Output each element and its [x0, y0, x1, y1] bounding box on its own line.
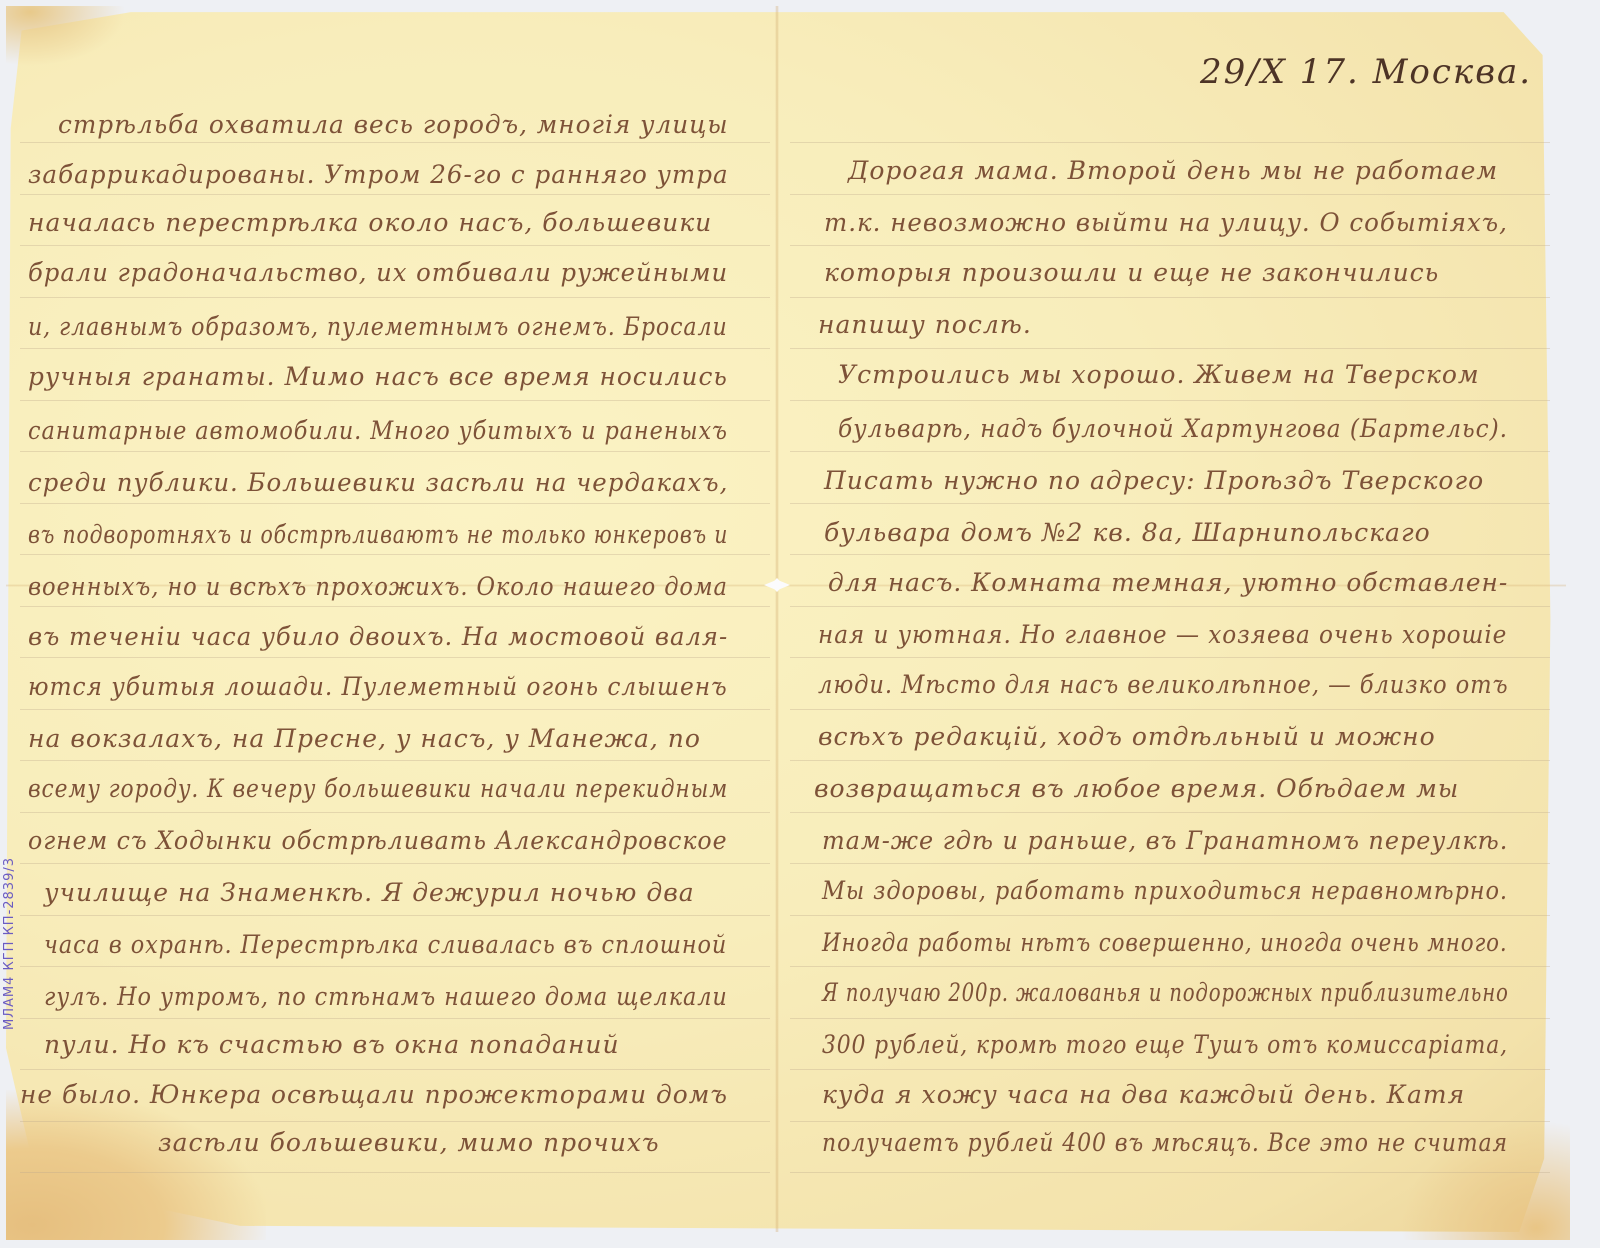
ruled-line — [790, 709, 1550, 710]
ruled-line — [790, 503, 1550, 504]
ruled-line — [20, 1172, 770, 1173]
letter-date: 29/X 17. Москва. — [1200, 52, 1532, 92]
ruled-line — [20, 400, 770, 401]
text-line: бульвара домъ №2 кв. 8а, Шарнипольскаго — [824, 518, 1431, 547]
ruled-line — [790, 915, 1550, 916]
ruled-line — [20, 606, 770, 607]
ruled-line — [20, 1121, 770, 1122]
ruled-line — [790, 657, 1550, 658]
text-line: ются убитыя лошади. Пулеметный огонь слы… — [28, 672, 728, 701]
text-line: и, главнымъ образомъ, пулеметнымъ огнемъ… — [28, 312, 728, 341]
ruled-line — [790, 1121, 1550, 1122]
ruled-line — [20, 863, 770, 864]
water-stain-top-left — [6, 6, 126, 66]
text-line: часа в охранѣ. Перестрѣлка сливалась въ … — [44, 930, 727, 959]
text-line: 300 рублей, кромѣ того еще Тушъ отъ коми… — [822, 1030, 1508, 1059]
text-line: брали градоначальство, их отбивали ружей… — [28, 258, 728, 287]
text-line: Писать нужно по адресу: Проѣздъ Тверског… — [824, 466, 1484, 495]
text-line: училище на Знаменкѣ. Я дежурил ночью два — [44, 878, 695, 907]
center-fold — [775, 6, 779, 1232]
ruled-line — [790, 142, 1550, 143]
text-line: въ подворотняхъ и обстрѣливаютъ не тольк… — [28, 520, 728, 549]
text-line: стрѣльба охватила весь городъ, многiя ул… — [58, 110, 729, 139]
text-line: которыя произошли и еще не закончились — [824, 258, 1439, 287]
ruled-line — [790, 606, 1550, 607]
text-line: там-же гдѣ и раньше, въ Гранатномъ переу… — [822, 826, 1508, 855]
text-line: огнем съ Ходынки обстрѣливать Александро… — [28, 826, 728, 855]
text-line: всѣхъ редакцiй, ходъ отдѣльный и можно — [818, 722, 1436, 751]
text-line: гулъ. Но утромъ, по стѣнамъ нашего дома … — [44, 982, 728, 1011]
text-line: Иногда работы нѣтъ совершенно, иногда оч… — [822, 928, 1507, 957]
text-line: забаррикадированы. Утром 26-го с ранняго… — [28, 160, 729, 189]
ruled-line — [20, 554, 770, 555]
text-line: получаетъ рублей 400 въ мѣсяцъ. Все это … — [822, 1128, 1508, 1157]
ruled-line — [790, 966, 1550, 967]
ruled-line — [20, 245, 770, 246]
ruled-line — [790, 812, 1550, 813]
text-line: среди публики. Большевики засѣли на черд… — [28, 468, 728, 497]
water-stain-bottom-left — [6, 1090, 266, 1240]
text-line: Устроились мы хорошо. Живем на Тверском — [838, 360, 1480, 389]
ruled-line — [790, 245, 1550, 246]
text-line: куда я хожу часа на два каждый день. Кат… — [822, 1080, 1465, 1109]
ruled-line — [20, 1018, 770, 1019]
ruled-line — [20, 297, 770, 298]
salutation-line: Дорогая мама. Второй день мы не работаем — [848, 156, 1498, 185]
text-line: т.к. невозможно выйти на улицу. О событi… — [824, 208, 1508, 237]
text-line: не было. Юнкера освѣщали прожекторами до… — [20, 1080, 728, 1109]
ruled-line — [790, 348, 1550, 349]
ruled-line — [20, 657, 770, 658]
text-line: для насъ. Комната темная, уютно обставле… — [828, 568, 1508, 597]
ruled-line — [20, 812, 770, 813]
ruled-line — [790, 400, 1550, 401]
ruled-line — [20, 451, 770, 452]
text-line: началась перестрѣлка около насъ, большев… — [28, 208, 712, 237]
ruled-line — [20, 709, 770, 710]
ruled-line — [20, 194, 770, 195]
ruled-line — [20, 503, 770, 504]
text-line: санитарные автомобили. Много убитыхъ и р… — [28, 416, 728, 445]
ruled-line — [20, 760, 770, 761]
ruled-line — [790, 760, 1550, 761]
ruled-line — [20, 915, 770, 916]
ruled-line — [790, 1069, 1550, 1070]
ruled-line — [20, 1069, 770, 1070]
text-line: на вокзалахъ, на Пресне, у насъ, у Манеж… — [28, 724, 701, 753]
ruled-line — [790, 1018, 1550, 1019]
text-line: люди. Мѣсто для насъ великолѣпное, — бли… — [818, 670, 1509, 699]
text-line: Я получаю 200р. жалованья и подорожных п… — [822, 978, 1509, 1007]
text-line: ная и уютная. Но главное — хозяева очень… — [818, 620, 1507, 649]
text-line: военныхъ, но и всѣхъ прохожихъ. Около на… — [28, 572, 728, 601]
ruled-line — [790, 1172, 1550, 1173]
ruled-line — [20, 348, 770, 349]
ruled-line — [20, 142, 770, 143]
text-line: пули. Но къ счастью въ окна попаданий — [44, 1030, 620, 1059]
text-line: засѣли большевики, мимо прочихъ — [158, 1128, 660, 1157]
text-line: въ теченiи часа убило двоихъ. На мостово… — [28, 622, 728, 651]
text-line: возвращаться въ любое время. Обѣдаем мы — [814, 774, 1459, 803]
ruled-line — [790, 194, 1550, 195]
ruled-line — [790, 451, 1550, 452]
text-line: всему городу. К вечеру большевики начали… — [28, 774, 728, 803]
archive-stamp: МЛАМ4 КГП КП-2839/3 — [2, 857, 17, 1030]
ruled-line — [790, 554, 1550, 555]
text-line: Мы здоровы, работать приходиться неравно… — [822, 876, 1508, 905]
ruled-line — [20, 966, 770, 967]
ruled-line — [790, 863, 1550, 864]
text-line: бульварѣ, надъ булочной Хартунгова (Барт… — [838, 414, 1508, 443]
text-line: напишу послѣ. — [818, 310, 1032, 339]
ruled-line — [790, 297, 1550, 298]
text-line: ручныя гранаты. Мимо насъ все время носи… — [28, 362, 728, 391]
